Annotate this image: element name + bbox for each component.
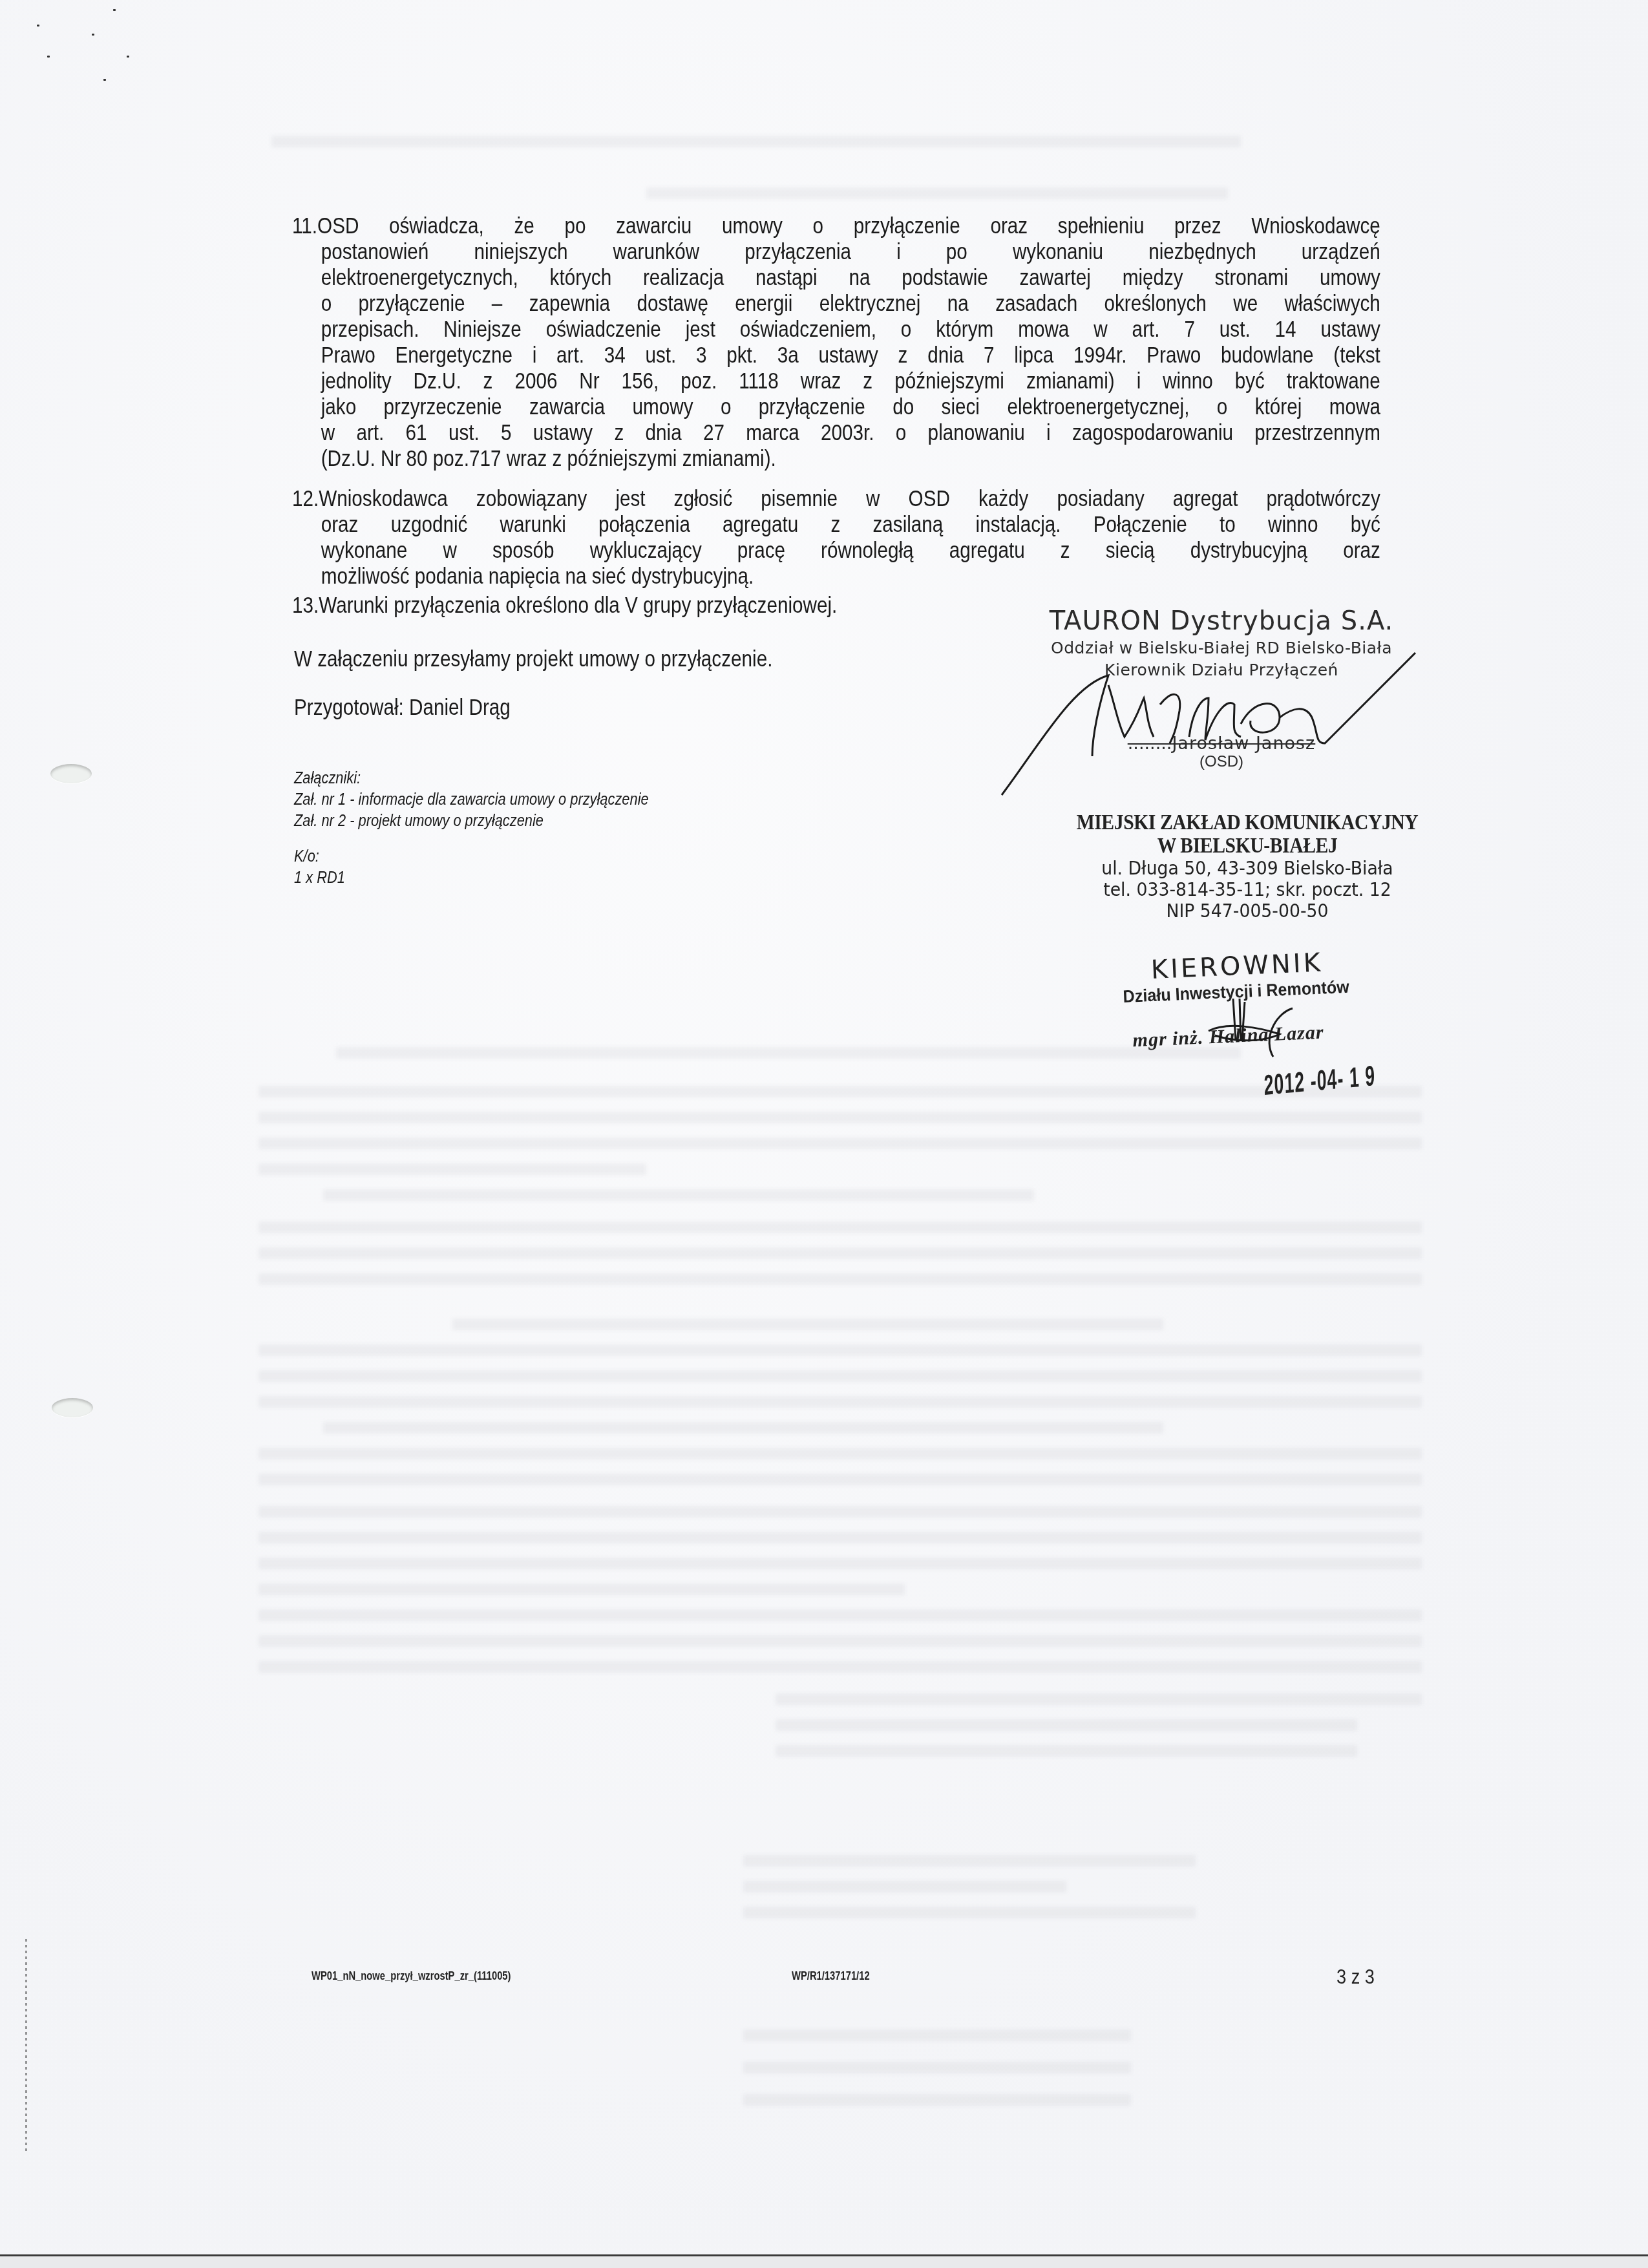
- tauron-stamp: TAURON Dystrybucja S.A. Oddział w Bielsk…: [995, 605, 1448, 770]
- punch-hole-icon: [50, 764, 92, 783]
- scanned-page: 11.OSD oświadcza, że po zawarciu umowy o…: [0, 0, 1648, 2254]
- dust-speck: [113, 9, 116, 11]
- stamp-branch: Oddział w Bielsku-Białej RD Bielsko-Biał…: [995, 637, 1448, 659]
- mzk-name-line2: W BIELSKU-BIAŁEJ: [1067, 834, 1428, 858]
- dust-speck: [103, 79, 106, 81]
- copy-to: K/o: 1 x RD1: [294, 845, 345, 888]
- attachments-list: Załączniki: Zał. nr 1 - informacje dla z…: [294, 767, 649, 831]
- attachment-item: Zał. nr 1 - informacje dla zawarcia umow…: [294, 789, 649, 810]
- page-number: 3 z 3: [1336, 1965, 1375, 1989]
- scanner-edge-artifact: [25, 1939, 27, 2152]
- footer-reference: WP/R1/137171/12: [792, 1969, 870, 1983]
- punch-hole-icon: [52, 1398, 93, 1417]
- footer-template-id: WP01_nN_nowe_przył_wzrostP_zr_(111005): [312, 1969, 511, 1983]
- manager-stamp: KIEROWNIK Działu Inwestycji i Remontów m…: [1121, 944, 1422, 1052]
- mzk-name-line1: MIEJSKI ZAKŁAD KOMUNIKACYJNY: [1067, 811, 1428, 834]
- copy-to-item: 1 x RD1: [294, 867, 345, 888]
- mzk-phone: tel. 033-814-35-11; skr. poczt. 12: [1063, 879, 1431, 900]
- dust-speck: [127, 56, 129, 58]
- stamp-party: (OSD): [995, 754, 1448, 770]
- mzk-address: ul. Długa 50, 43-309 Bielsko-Biała: [1063, 858, 1431, 879]
- item-11: 11.OSD oświadcza, że po zawarciu umowy o…: [292, 213, 1380, 472]
- dust-speck: [37, 25, 39, 26]
- attachments-heading: Załączniki:: [294, 767, 649, 789]
- dust-speck: [92, 34, 94, 36]
- attachment-item: Zał. nr 2 - projekt umowy o przyłączenie: [294, 810, 649, 831]
- mzk-nip: NIP 547-005-00-50: [1063, 900, 1431, 922]
- item-12: 12.Wnioskodawca zobowiązany jest zgłosić…: [292, 486, 1380, 589]
- attachment-note: W załączeniu przesyłamy projekt umowy o …: [294, 646, 772, 672]
- mzk-stamp: MIEJSKI ZAKŁAD KOMUNIKACYJNY W BIELSKU-B…: [1047, 811, 1448, 922]
- prepared-by: Przygotował: Daniel Drąg: [294, 695, 511, 721]
- manager-name: mgr inż. Halina Lazar: [1125, 1017, 1422, 1052]
- dust-speck: [47, 56, 50, 58]
- copy-to-heading: K/o:: [294, 845, 345, 867]
- stamp-role: Kierownik Działu Przyłączeń: [995, 659, 1448, 681]
- stamp-name: ........Jarosław Janosz: [995, 734, 1448, 754]
- stamp-company: TAURON Dystrybucja S.A.: [995, 605, 1448, 637]
- scan-bottom-edge: [0, 2254, 1648, 2268]
